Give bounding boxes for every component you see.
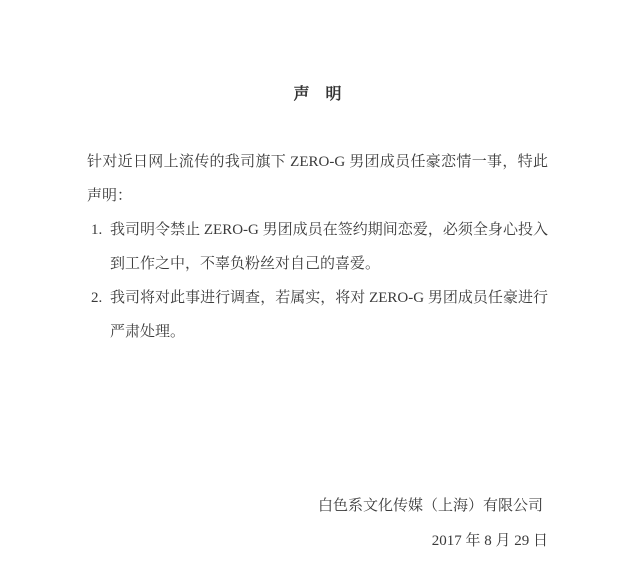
list-item-1-line-1: 我司明令禁止 ZERO-G 男团成员在签约期间恋爱，必须全身心投入 — [87, 213, 548, 247]
intro-line-2: 声明： — [87, 179, 548, 213]
list-item-2: 2. 我司将对此事进行调查，若属实，将对 ZERO-G 男团成员任豪进行 严肃处… — [87, 281, 548, 349]
signature-company-name: 白色系文化传媒（上海）有限公司 — [87, 489, 548, 524]
signature-date: 2017 年 8 月 29 日 — [87, 524, 548, 559]
list-item-2-line-1: 我司将对此事进行调查，若属实，将对 ZERO-G 男团成员任豪进行 — [87, 281, 548, 315]
list-item-1: 1. 我司明令禁止 ZERO-G 男团成员在签约期间恋爱，必须全身心投入 到工作… — [87, 213, 548, 281]
list-item-1-line-2: 到工作之中，不辜负粉丝对自己的喜爱。 — [87, 247, 548, 281]
signature-block: 白色系文化传媒（上海）有限公司 2017 年 8 月 29 日 — [87, 489, 548, 559]
intro-line-1: 针对近日网上流传的我司旗下 ZERO-G 男团成员任豪恋情一事，特此 — [87, 145, 548, 179]
statement-page: 声 明 针对近日网上流传的我司旗下 ZERO-G 男团成员任豪恋情一事，特此 声… — [0, 0, 640, 582]
list-item-1-number: 1. — [91, 213, 102, 247]
statement-body: 针对近日网上流传的我司旗下 ZERO-G 男团成员任豪恋情一事，特此 声明： 1… — [87, 145, 548, 349]
list-item-2-number: 2. — [91, 281, 102, 315]
statement-title: 声 明 — [87, 78, 548, 112]
list-item-2-line-2: 严肃处理。 — [87, 315, 548, 349]
